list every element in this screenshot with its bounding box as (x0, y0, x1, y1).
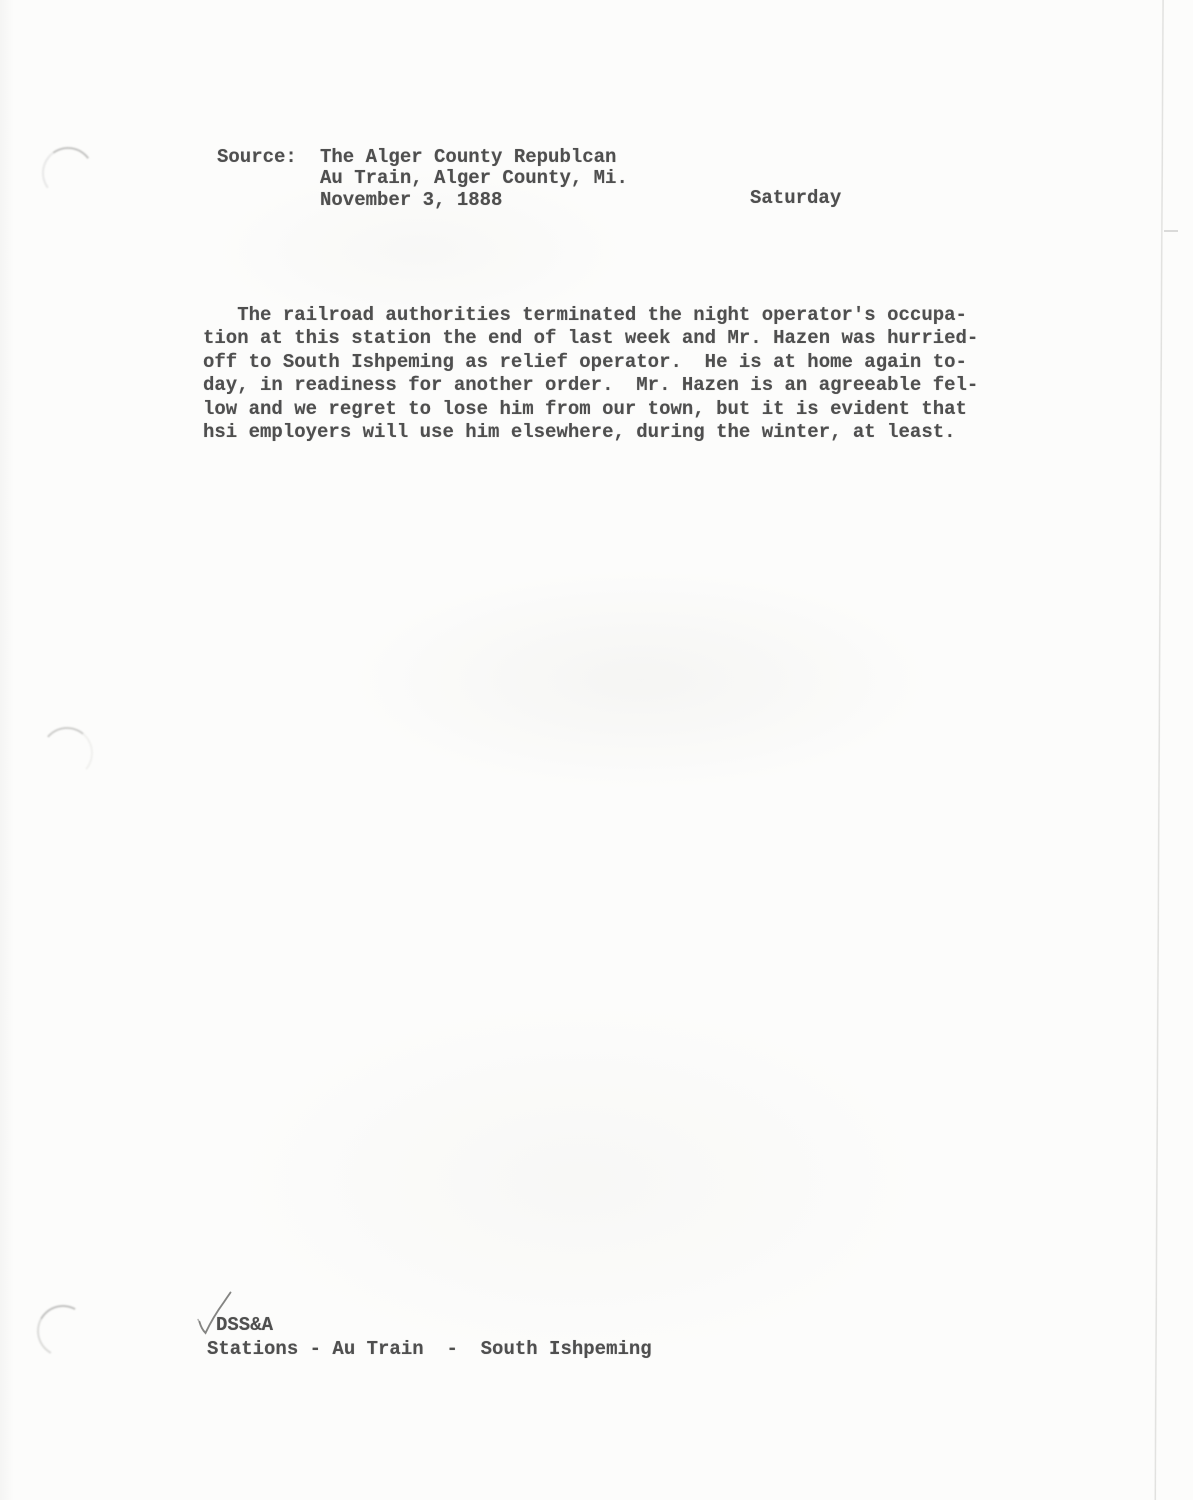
source-location: Au Train, Alger County, Mi. (320, 169, 628, 188)
source-day-of-week: Saturday (750, 189, 841, 208)
hole-punch-mark-top (38, 143, 97, 202)
article-text: The railroad authorities terminated the … (203, 304, 978, 444)
source-publication: The Alger County Republcan (320, 148, 616, 167)
page-edge-notch (1164, 230, 1178, 232)
page-edge-line (1154, 0, 1164, 1500)
source-date: November 3, 1888 (320, 191, 502, 210)
footer-stations-line: Stations - Au Train - South Ishpeming (207, 1340, 652, 1359)
scanned-document-page: Source: The Alger County Republcan Au Tr… (0, 0, 1193, 1500)
hole-punch-mark-middle (39, 725, 95, 781)
source-label: Source: (217, 148, 297, 167)
hole-punch-mark-bottom (31, 1299, 95, 1363)
footer-railroad-name: DSS&A (216, 1316, 273, 1335)
